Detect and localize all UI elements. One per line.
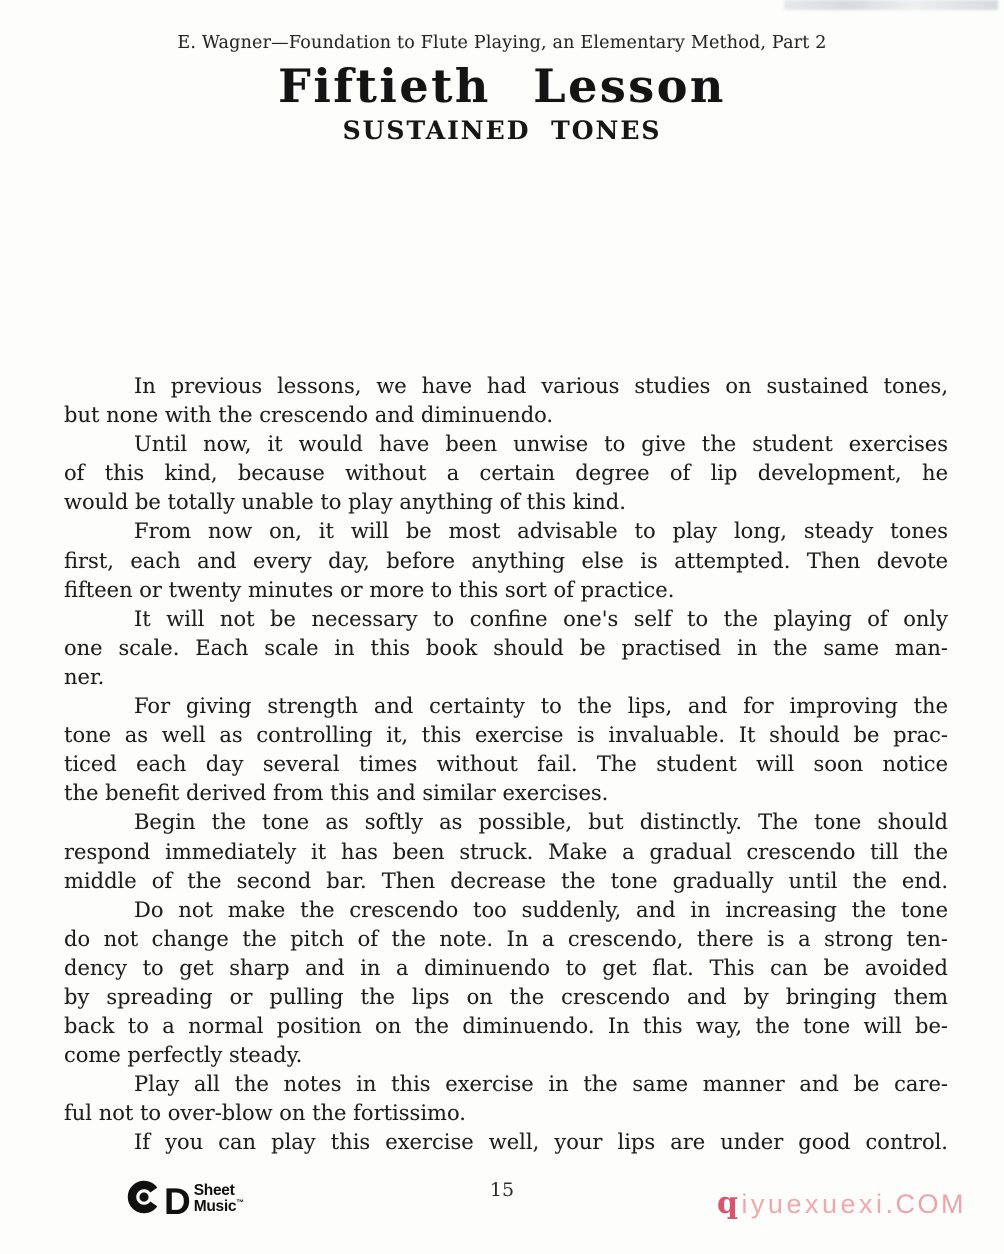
page-title: Fiftieth Lesson xyxy=(0,59,1004,113)
text-line: In previous lessons, we have had various… xyxy=(64,372,948,401)
scanned-book-page: E. Wagner—Foundation to Flute Playing, a… xyxy=(0,0,1004,1254)
text-line: of this kind, because without a certain … xyxy=(64,459,948,488)
text-line: Play all the notes in this exercise in t… xyxy=(64,1070,948,1099)
page-subtitle: SUSTAINED TONES xyxy=(0,116,1004,145)
watermark-text: iyuexuexi xyxy=(741,1189,885,1219)
text-line: Until now, it would have been unwise to … xyxy=(64,430,948,459)
text-line: tone as well as controlling it, this exe… xyxy=(64,721,948,750)
paragraph: From now on, it will be most advisable t… xyxy=(64,517,948,604)
paragraph: Do not make the crescendo too suddenly, … xyxy=(64,896,948,1071)
text-line: middle of the second bar. Then decrease … xyxy=(64,867,948,896)
text-line: by spreading or pulling the lips on the … xyxy=(64,983,948,1012)
text-line: From now on, it will be most advisable t… xyxy=(64,517,948,546)
paragraph: Play all the notes in this exercise in t… xyxy=(64,1070,948,1128)
paragraph: Begin the tone as softly as possible, bu… xyxy=(64,808,948,895)
text-line: respond immediately it has been struck. … xyxy=(64,838,948,867)
paragraph: For giving strength and certainty to the… xyxy=(64,692,948,808)
text-line: ful not to over-blow on the fortissimo. xyxy=(64,1099,948,1128)
text-line: dency to get sharp and in a diminuendo t… xyxy=(64,954,948,983)
logo-word-music: Music™ xyxy=(194,1199,244,1215)
text-line: ner. xyxy=(64,663,948,692)
watermark-domain: .COM xyxy=(886,1189,967,1219)
scan-artifact-top-right xyxy=(784,0,998,10)
text-line: ticed each day several times without fai… xyxy=(64,750,948,779)
running-header: E. Wagner—Foundation to Flute Playing, a… xyxy=(0,33,1004,53)
text-line: It will not be necessary to confine one'… xyxy=(64,605,948,634)
text-line: do not change the pitch of the note. In … xyxy=(64,925,948,954)
text-line: the benefit derived from this and simila… xyxy=(64,779,948,808)
paragraph: Until now, it would have been unwise to … xyxy=(64,430,948,517)
text-line: fifteen or twenty minutes or more to thi… xyxy=(64,576,948,605)
text-line: For giving strength and certainty to the… xyxy=(64,692,948,721)
text-line: would be totally unable to play anything… xyxy=(64,488,948,517)
text-line: If you can play this exercise well, your… xyxy=(64,1128,948,1157)
text-line: back to a normal position on the diminue… xyxy=(64,1012,948,1041)
text-line: come perfectly steady. xyxy=(64,1041,948,1070)
paragraph: If you can play this exercise well, your… xyxy=(64,1128,948,1157)
text-line: Begin the tone as softly as possible, bu… xyxy=(64,808,948,837)
paragraph: In previous lessons, we have had various… xyxy=(64,372,948,430)
watermark-accent-letter: q xyxy=(717,1186,741,1221)
body-text: In previous lessons, we have had various… xyxy=(64,372,948,1158)
text-line: one scale. Each scale in this book shoul… xyxy=(64,634,948,663)
text-line: Do not make the crescendo too suddenly, … xyxy=(64,896,948,925)
text-line: first, each and every day, before anythi… xyxy=(64,547,948,576)
text-line: but none with the crescendo and diminuen… xyxy=(64,401,948,430)
site-watermark: qiyuexuexi.COM xyxy=(717,1186,966,1221)
paragraph: It will not be necessary to confine one'… xyxy=(64,605,948,692)
